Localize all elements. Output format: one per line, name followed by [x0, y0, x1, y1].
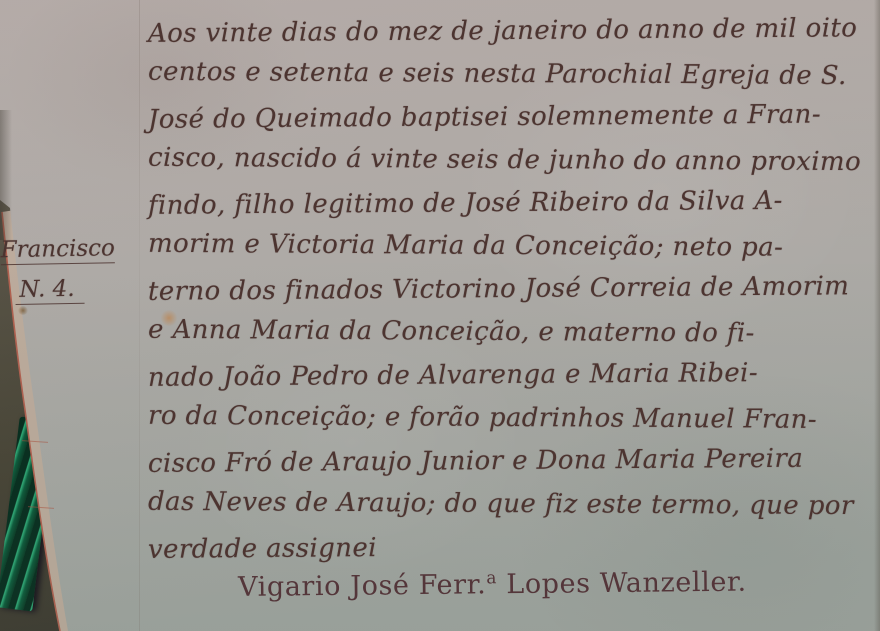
- record-text-line: Aos vinte dias do mez de janeiro do anno…: [148, 13, 874, 63]
- record-text-line: ro da Conceição; e forão padrinhos Manue…: [148, 401, 874, 449]
- record-text-line: José do Queimado baptisei solemnemente a…: [148, 99, 874, 149]
- record-text-line: terno dos finados Victorino José Correia…: [148, 271, 874, 321]
- record-text-line: e Anna Maria da Conceição, e materno do …: [148, 315, 874, 363]
- signature-suffix: Lopes Wanzeller.: [497, 567, 747, 601]
- record-text-line: centos e setenta e seis nesta Parochial …: [148, 57, 874, 105]
- signature-superscript: a: [486, 568, 497, 588]
- left-edge-shadow: [0, 110, 12, 240]
- record-text-line: das Neves de Araujo; do que fiz este ter…: [148, 487, 874, 535]
- document-photo: Francisco N. 4. Aos vinte dias do mez de…: [0, 0, 880, 631]
- record-text-line: cisco, nascido á vinte seis de junho do …: [148, 143, 874, 191]
- margin-fold-line: [139, 0, 140, 631]
- record-text-line: nado João Pedro de Alvarenga e Maria Rib…: [148, 357, 874, 407]
- vicar-signature: Vigario José Ferr.a Lopes Wanzeller.: [238, 565, 798, 603]
- record-text-line: cisco Fró de Araujo Junior e Dona Maria …: [148, 443, 874, 493]
- record-text-line: morim e Victoria Maria da Conceição; net…: [148, 229, 874, 277]
- margin-record-name: Francisco: [0, 237, 115, 265]
- margin-annotation: Francisco N. 4.: [0, 237, 139, 305]
- spot-stain-brown: [18, 306, 28, 315]
- record-text-line: findo, filho legitimo de José Ribeiro da…: [148, 185, 874, 235]
- margin-record-number: N. 4.: [15, 278, 85, 305]
- signature-prefix: Vigario José Ferr.: [238, 569, 487, 603]
- right-page-edge: [874, 0, 880, 631]
